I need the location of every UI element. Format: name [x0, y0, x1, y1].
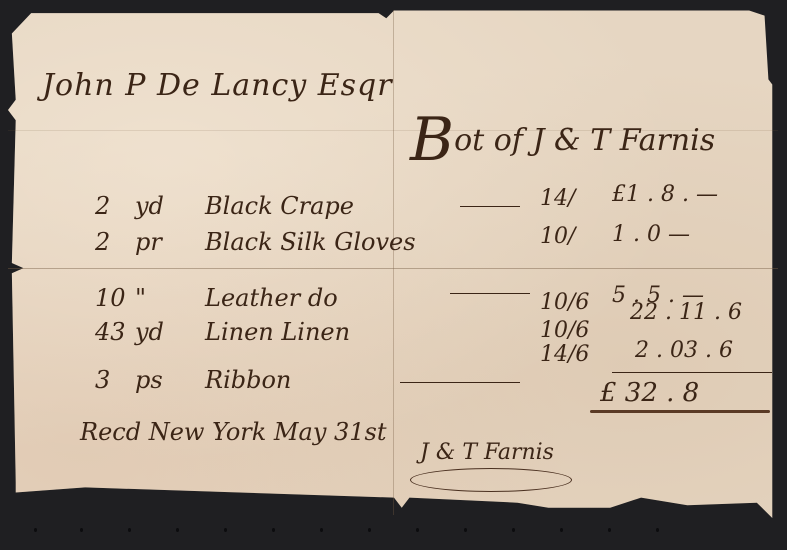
bought-of-merchant: ot of J & T Farnis [454, 123, 715, 158]
item-price: 10/6 [540, 318, 589, 343]
item-dash [460, 206, 520, 207]
mount-hole [272, 528, 275, 532]
item-description: Leather do [205, 284, 338, 312]
total-amount: £ 32 . 8 [600, 378, 699, 408]
mount-hole [34, 528, 37, 532]
item-qty: 43 [95, 318, 135, 346]
mount-hole [512, 528, 515, 532]
mount-hole [464, 528, 467, 532]
item-description: Black Silk Gloves [205, 228, 416, 256]
mount-hole [80, 528, 83, 532]
item-qty: 3 [95, 366, 135, 394]
mount-hole [368, 528, 371, 532]
total-underline-flourish [590, 410, 770, 413]
total-rule [612, 372, 772, 373]
line-item: 43ydLinen Linen [95, 318, 350, 346]
horizontal-fold-crease [8, 268, 778, 269]
item-price: 10/ [540, 224, 575, 249]
item-unit: yd [135, 192, 205, 220]
item-description: Ribbon [205, 366, 291, 394]
bought-initial: B [410, 105, 454, 175]
receipt-line: Recd New York May 31st [80, 418, 387, 446]
item-price: 14/6 [540, 342, 589, 367]
vertical-fold-crease [393, 10, 394, 515]
item-unit: yd [135, 318, 205, 346]
line-item: 10"Leather do [95, 284, 338, 312]
item-qty: 2 [95, 192, 135, 220]
signature: J & T Farnis [420, 440, 554, 465]
item-description: Black Crape [205, 192, 354, 220]
item-price: 14/ [540, 186, 575, 211]
item-unit: " [135, 284, 205, 312]
item-unit: pr [135, 228, 205, 256]
signature-flourish [410, 468, 572, 492]
item-qty: 10 [95, 284, 135, 312]
mount-hole [224, 528, 227, 532]
addressee: John P De Lancy Esqr [42, 68, 393, 103]
mount-hole [320, 528, 323, 532]
item-description: Linen Linen [205, 318, 350, 346]
item-amount: 2 . 03 . 6 [635, 338, 733, 363]
bought-of-heading: Bot of J & T Farnis [410, 110, 715, 170]
mount-hole [416, 528, 419, 532]
mount-hole [560, 528, 563, 532]
line-item: 2prBlack Silk Gloves [95, 228, 416, 256]
item-qty: 2 [95, 228, 135, 256]
item-amount: 1 . 0 — [612, 222, 690, 247]
line-item: 3psRibbon [95, 366, 291, 394]
mount-hole [656, 528, 659, 532]
mount-hole [176, 528, 179, 532]
item-price: 10/6 [540, 290, 589, 315]
item-unit: ps [135, 366, 205, 394]
item-amount: 22 . 11 . 6 [630, 300, 742, 325]
mount-hole [128, 528, 131, 532]
line-item: 2ydBlack Crape [95, 192, 354, 220]
item-dash [450, 293, 530, 294]
item-amount: £1 . 8 . — [612, 182, 718, 207]
item-dash [400, 382, 520, 383]
mount-hole [608, 528, 611, 532]
